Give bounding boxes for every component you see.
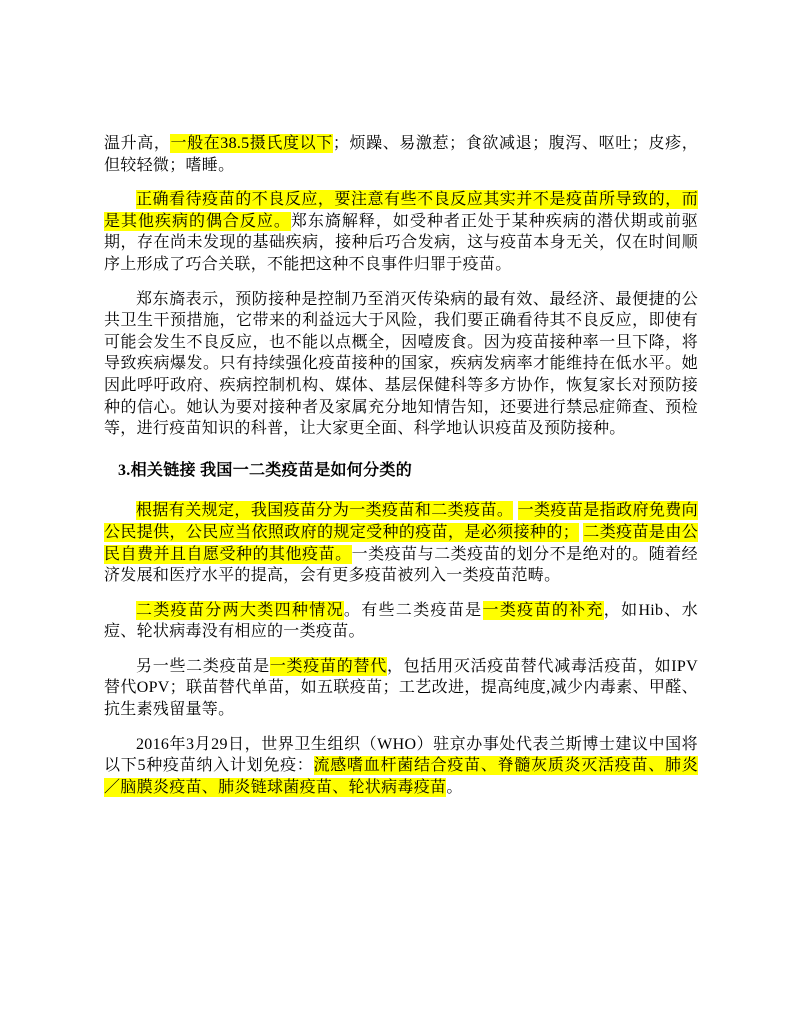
highlighted-text: 根据有关规定，我国疫苗分为一类疫苗和二类疫苗。 <box>136 501 513 520</box>
highlighted-text: 一类疫苗的补充 <box>483 601 604 620</box>
text-run: 。 <box>446 779 462 796</box>
text-run: 3.相关链接 我国一二类疫苗是如何分类的 <box>118 462 412 479</box>
paragraph: 郑东旖表示，预防接种是控制乃至消灭传染病的最有效、最经济、最便捷的公共卫生干预措… <box>104 289 698 440</box>
paragraph: 另一些二类疫苗是一类疫苗的替代，包括用灭活疫苗替代减毒活疫苗，如IPV替代OPV… <box>104 656 698 721</box>
paragraph: 温升高，一般在38.5摄氏度以下；烦躁、易激惹；食欲减退；腹泻、呕吐；皮疹，但较… <box>104 133 698 176</box>
text-run: 。有些二类疫苗是 <box>344 602 483 619</box>
paragraph: 正确看待疫苗的不良反应，要注意有些不良反应其实并不是疫苗所导致的，而是其他疾病的… <box>104 189 698 275</box>
document-page: 温升高，一般在38.5摄氏度以下；烦躁、易激惹；食欲减退；腹泻、呕吐；皮疹，但较… <box>0 0 800 1035</box>
paragraph: 根据有关规定，我国疫苗分为一类疫苗和二类疫苗。 一类疫苗是指政府免费向公民提供，… <box>104 500 698 586</box>
paragraph: 2016年3月29日，世界卫生组织（WHO）驻京办事处代表兰斯博士建议中国将以下… <box>104 734 698 799</box>
text-run: 另一些二类疫苗是 <box>136 658 270 675</box>
highlighted-text: 一般在38.5摄氏度以下 <box>170 134 332 153</box>
text-run: 郑东旖表示，预防接种是控制乃至消灭传染病的最有效、最经济、最便捷的公共卫生干预措… <box>104 291 698 438</box>
text-run: 温升高， <box>104 135 170 152</box>
highlighted-text: 二类疫苗分两大类四种情况 <box>136 601 344 620</box>
section-heading: 3.相关链接 我国一二类疫苗是如何分类的 <box>104 460 698 482</box>
highlighted-text: 一类疫苗的替代 <box>270 657 387 676</box>
paragraph: 二类疫苗分两大类四种情况。有些二类疫苗是一类疫苗的补充，如Hib、水痘、轮状病毒… <box>104 600 698 643</box>
document-body: 温升高，一般在38.5摄氏度以下；烦躁、易激惹；食欲减退；腹泻、呕吐；皮疹，但较… <box>104 133 698 811</box>
text-run <box>513 502 517 519</box>
